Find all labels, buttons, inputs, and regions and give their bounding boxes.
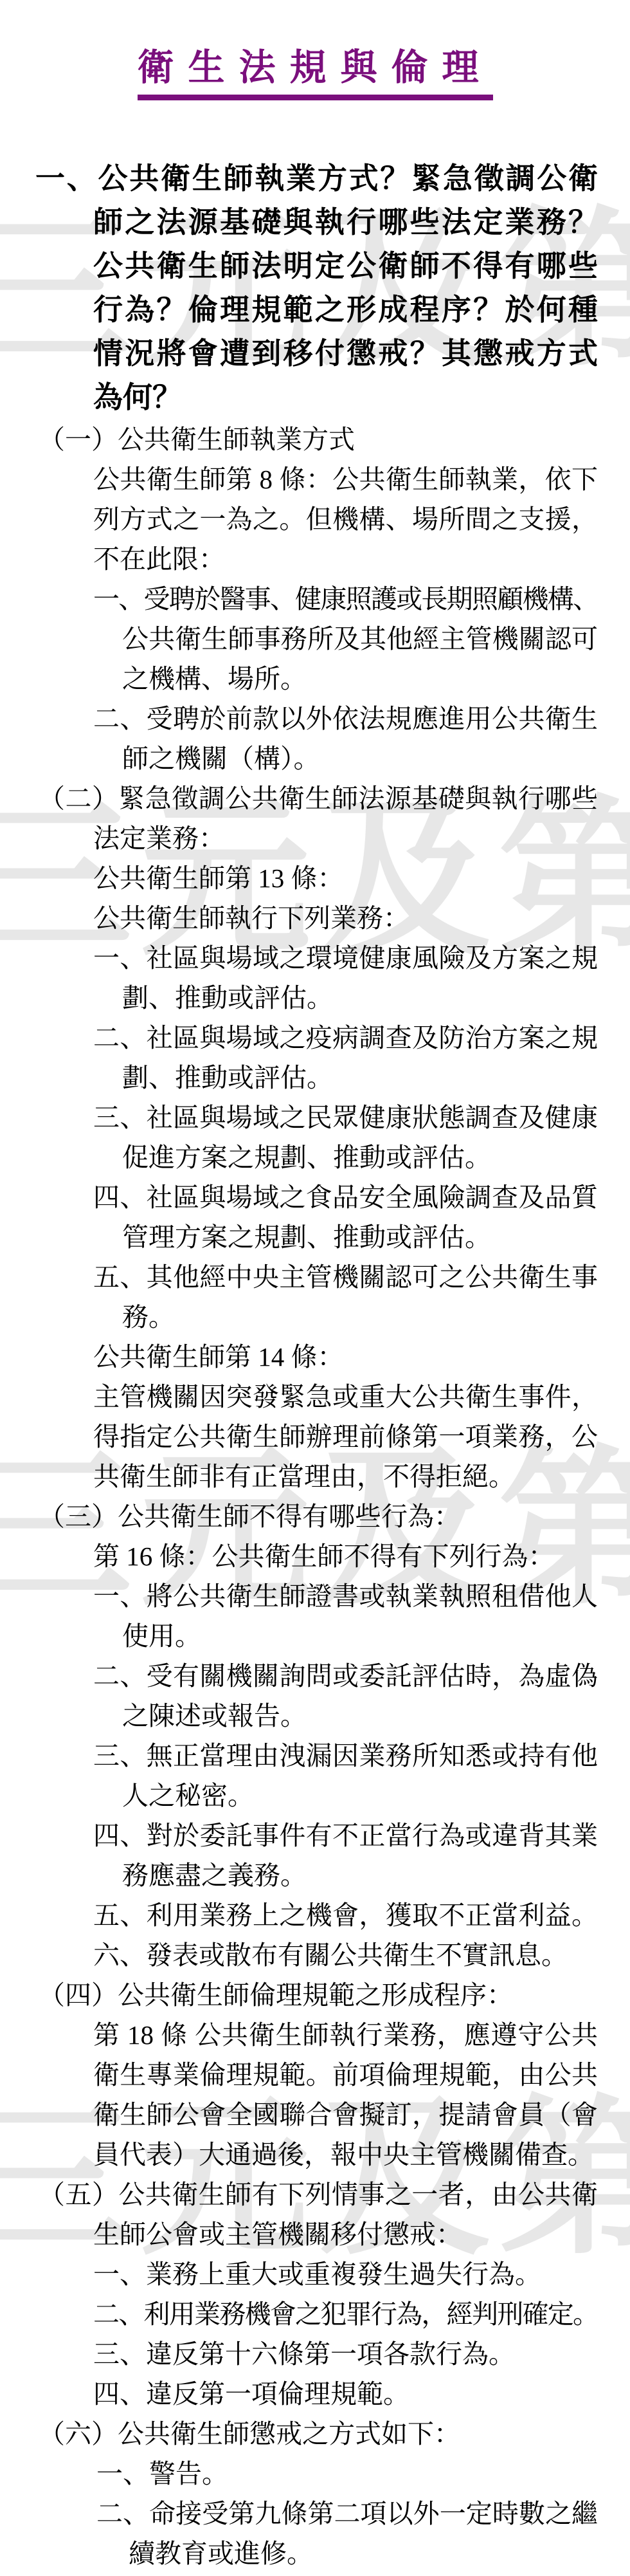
text-line: 員代表）大通過後，報中央主管機關備查。	[93, 2135, 598, 2175]
text-line: 公共衛生師第 14 條：	[93, 1337, 598, 1377]
heading-line: 一、公共衛生師執業方式？緊急徵調公衛	[35, 157, 598, 201]
text-line: 第 16 條：公共衛生師不得有下列行為：	[93, 1536, 598, 1576]
text-line: 法定業務：	[93, 818, 598, 858]
text-line: 四、違反第一項倫理規範。	[93, 2374, 598, 2414]
section-label-line: （五）公共衛生師有下列情事之一者，由公共衛	[39, 2175, 598, 2214]
text-line: 不在此限：	[93, 539, 598, 579]
question-heading: 一、公共衛生師執業方式？緊急徵調公衛師之法源基礎與執行哪些法定業務？公共衛生師法…	[0, 157, 630, 419]
section-label-line: （四）公共衛生師倫理規範之形成程序：	[39, 1975, 598, 2015]
text-line: 二、利用業務機會之犯罪行為，經判刑確定。	[93, 2294, 598, 2334]
text-line: 生師公會或主管機關移付懲戒：	[93, 2214, 598, 2254]
title-block: 衛生法規與倫理	[0, 0, 630, 100]
document-body: （一）公共衛生師執業方式公共衛生師第 8 條：公共衛生師執業，依下列方式之一為之…	[0, 419, 630, 2573]
text-line: 五、利用業務上之機會，獲取不正當利益。	[93, 1895, 598, 1935]
text-line: 一、將公共衛生師證書或執業執照租借他人	[93, 1576, 598, 1616]
text-line: 五、其他經中央主管機關認可之公共衛生事	[93, 1257, 598, 1297]
text-line: 務應盡之義務。	[122, 1855, 598, 1895]
text-line: 三、違反第十六條第一項各款行為。	[93, 2334, 598, 2374]
text-line: 二、社區與場域之疫病調查及防治方案之規	[93, 1018, 598, 1058]
section-label-line: （一）公共衛生師執業方式	[39, 419, 598, 459]
section-label-line: （三）公共衛生師不得有哪些行為：	[39, 1496, 598, 1536]
text-line: 四、社區與場域之食品安全風險調查及品質	[93, 1177, 598, 1217]
text-line: 續教育或進修。	[129, 2534, 598, 2573]
text-line: 二、命接受第九條第二項以外一定時數之繼	[96, 2494, 598, 2534]
text-line: 三、無正當理由洩漏因業務所知悉或持有他	[93, 1736, 598, 1776]
text-line: 衛生專業倫理規範。前項倫理規範，由公共	[93, 2055, 598, 2095]
heading-line: 公共衛生師法明定公衛師不得有哪些	[93, 244, 598, 288]
text-line: 一、業務上重大或重複發生過失行為。	[93, 2254, 598, 2294]
text-line: 四、對於委託事件有不正當行為或違背其業	[93, 1816, 598, 1855]
text-line: 之陳述或報告。	[122, 1696, 598, 1736]
text-line: 劃、推動或評估。	[122, 1058, 598, 1098]
text-line: 一、警告。	[96, 2454, 598, 2494]
document-title: 衛生法規與倫理	[138, 45, 493, 100]
section-label-line: （二）緊急徵調公共衛生師法源基礎與執行哪些	[39, 778, 598, 818]
text-line: 管理方案之規劃、推動或評估。	[122, 1217, 598, 1257]
heading-line: 情況將會遭到移付懲戒？其懲戒方式	[93, 332, 598, 376]
text-line: 列方式之一為之。但機構、場所間之支援，	[93, 499, 598, 539]
text-line: 劃、推動或評估。	[122, 978, 598, 1018]
text-line: 公共衛生師第 13 條：	[93, 858, 598, 898]
section-label-line: （六）公共衛生師懲戒之方式如下：	[39, 2414, 598, 2454]
text-line: 師之機關（構）。	[122, 739, 598, 778]
heading-line: 為何？	[93, 376, 598, 419]
document-content: 衛生法規與倫理 一、公共衛生師執業方式？緊急徵調公衛師之法源基礎與執行哪些法定業…	[0, 0, 630, 2573]
text-line: 一、社區與場域之環境健康風險及方案之規	[93, 938, 598, 978]
text-line: 公共衛生師第 8 條：公共衛生師執業，依下	[93, 459, 598, 499]
text-line: 衛生師公會全國聯合會擬訂，提請會員（會	[93, 2095, 598, 2135]
text-line: 得指定公共衛生師辦理前條第一項業務，公	[93, 1417, 598, 1457]
text-line: 公共衛生師事務所及其他經主管機關認可	[122, 619, 598, 659]
text-line: 公共衛生師執行下列業務：	[93, 898, 598, 938]
text-line: 二、受有關機關詢問或委託評估時，為虛偽	[93, 1656, 598, 1696]
text-line: 六、發表或散布有關公共衛生不實訊息。	[93, 1935, 598, 1975]
text-line: 促進方案之規劃、推動或評估。	[122, 1137, 598, 1177]
heading-line: 行為？倫理規範之形成程序？於何種	[93, 288, 598, 332]
text-line: 三、社區與場域之民眾健康狀態調查及健康	[93, 1098, 598, 1137]
text-line: 務。	[122, 1297, 598, 1337]
text-line: 一、受聘於醫事、健康照護或長期照顧機構、	[93, 579, 598, 619]
heading-line: 師之法源基礎與執行哪些法定業務？	[93, 201, 598, 244]
text-line: 人之秘密。	[122, 1776, 598, 1816]
text-line: 第 18 條 公共衛生師執行業務，應遵守公共	[93, 2015, 598, 2055]
text-line: 共衛生師非有正當理由，不得拒絕。	[93, 1457, 598, 1496]
text-line: 二、受聘於前款以外依法規應進用公共衛生	[93, 699, 598, 739]
document-page: 三元及第三元及第三元及第三元及第 衛生法規與倫理 一、公共衛生師執業方式？緊急徵…	[0, 0, 630, 2576]
text-line: 主管機關因突發緊急或重大公共衛生事件，	[93, 1377, 598, 1417]
text-line: 之機構、場所。	[122, 659, 598, 699]
text-line: 使用。	[122, 1616, 598, 1656]
